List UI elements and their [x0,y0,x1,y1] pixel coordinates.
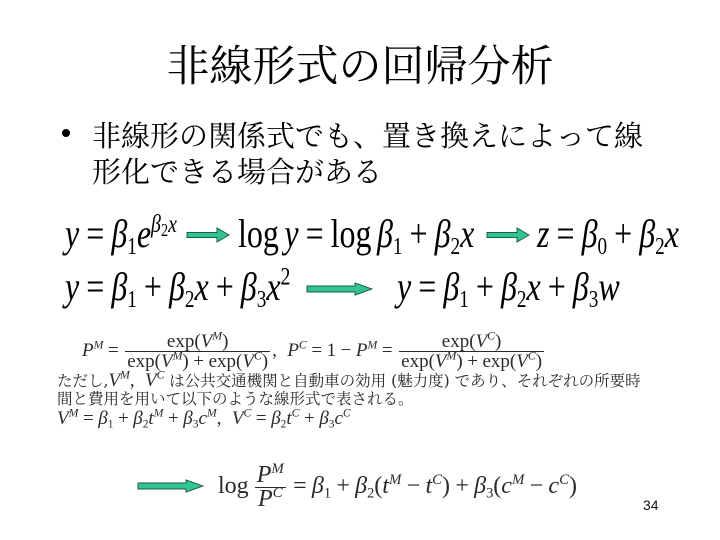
math-subscript: 1 [108,418,114,430]
math-superscript: M [368,339,378,352]
logit-note-line-1: ただし,VM,VCは公共交通機関と自動車の効用 (魅力度) であり、それぞれの所… [57,371,641,391]
math-subscript: 1 [324,485,331,501]
math-superscript: M [173,350,183,363]
math-operator: − [530,473,544,499]
math-variable: β [319,408,328,429]
fraction: PMPC [255,464,286,511]
math-function: log [218,473,249,499]
arrow-shape [487,228,529,242]
math-operator: = [293,473,307,499]
bullet-dot-icon [62,129,70,137]
math-variable: x [526,264,540,309]
math-operator: = [86,211,104,256]
math-comma: , [217,408,222,429]
math-operator: + [476,264,494,309]
math-variable: V [476,331,488,352]
math-superscript: C [254,350,262,363]
math-variable: V [242,351,254,372]
math-paren: ) [222,331,228,352]
math-variable: x [168,210,177,238]
math-paren: ) [456,351,462,372]
math-variable: P [258,486,273,512]
math-operator: = [382,340,393,361]
math-variable: β [377,211,393,256]
math-variable: x [460,211,474,256]
math-exponent: 2 [281,263,291,291]
math-superscript: C [528,350,536,363]
math-function: exp( [482,351,516,372]
fraction-denominator: exp(VM)+exp(VC) [125,351,270,371]
math-variable: β [435,211,451,256]
math-superscript: C [157,369,165,382]
math-variable: β [501,264,517,309]
math-variable: β [312,473,324,499]
math-superscript: C [244,407,252,420]
math-variable: β [98,408,107,429]
math-operator: + [216,264,234,309]
math-variable: P [82,340,94,361]
math-paren: ) [442,473,450,499]
fraction-numerator: exp(VM) [125,332,270,351]
note-text: ただし, [57,372,108,390]
logit-probability-formula: PM=exp(VM)exp(VM)+exp(VC),PC=1−PM=exp(VC… [82,332,546,371]
math-superscript: M [94,339,104,352]
note-text: は公共交通機関と自動車の効用 (魅力度) であり、それぞれの所要時 [169,372,640,390]
math-variable: P [287,340,299,361]
math-subscript: 3 [589,287,599,313]
math-paren: ) [495,331,501,352]
math-function: exp( [401,351,435,372]
math-operator: + [467,351,478,372]
slide: 非線形式の回帰分析 非線形の関係式でも、置き換えによって線 形化できる場合がある… [0,0,720,540]
math-function: log [331,211,372,256]
math-operator: + [455,473,469,499]
math-subscript: 3 [257,287,267,313]
math-superscript: M [512,472,524,488]
math-function: log [238,211,279,256]
math-variable: V [232,408,244,429]
math-variable: c [198,408,206,429]
math-subscript: 1 [127,234,137,260]
math-superscript: M [120,369,130,382]
math-variable: y [284,211,298,256]
math-subscript: 1 [127,287,137,313]
math-superscript: M [212,330,222,343]
math-paren: ) [262,351,268,372]
math-variable: y [397,264,411,309]
math-variable: β [443,264,459,309]
math-subscript: 1 [459,287,469,313]
bullet-text-line-2: 形化できる場合がある [92,154,382,190]
logit-note-line-2: 間と費用を用いて以下のような線形式で表される。 [57,389,414,409]
fraction: exp(VC)exp(VM)+exp(VC) [399,332,544,371]
math-variable: x [194,264,208,309]
math-variable: z [537,211,549,256]
math-variable: e [137,211,151,256]
math-superscript: C [432,472,442,488]
page-number: 34 [643,497,659,513]
math-variable: x [665,211,679,256]
math-variable: c [334,408,342,429]
math-variable: β [582,211,598,256]
math-operator: = [86,264,104,309]
math-operator: = [83,408,94,429]
math-paren: ) [182,351,188,372]
math-operator: + [118,408,129,429]
fraction: exp(VM)exp(VM)+exp(VC) [125,332,270,371]
math-superscript: M [207,407,217,420]
right-arrow-icon [306,282,373,296]
log-odds-formula: logPMPC=β1+β2(tM−tC)+β3(cM−cC) [218,464,577,511]
math-variable: β [355,473,367,499]
math-superscript: C [292,407,300,420]
arrow-shape [187,228,229,242]
fraction-denominator: PC [255,487,286,511]
math-variable: V [516,351,528,372]
math-variable: β [111,264,127,309]
math-variable: V [108,370,120,391]
math-subscript: 2 [161,221,168,241]
equation-quadratic-substituted: y=β1+β2x+β3w [397,261,620,311]
math-operator: − [407,473,421,499]
math-variable: β [151,210,161,238]
math-variable: V [57,408,69,429]
math-operator: = [108,340,119,361]
math-subscript: 1 [393,234,403,260]
math-operator: = [418,264,436,309]
math-variable: t [382,473,389,499]
math-variable: β [639,211,655,256]
equation-log-form: logy=logβ1+β2x [238,208,474,258]
math-variable: β [573,264,589,309]
math-operator: + [614,211,632,256]
math-variable: P [257,462,272,488]
math-operator: = [556,211,574,256]
math-variable: β [271,408,280,429]
math-comma: , [272,340,277,361]
math-number: 1 [327,340,337,361]
math-variable: c [501,473,512,499]
math-superscript: M [271,461,283,477]
math-variable: β [111,211,127,256]
equation-linearized: z=β0+β2x [537,208,679,258]
math-superscript: C [487,330,495,343]
slide-title: 非線形式の回帰分析 [0,40,720,94]
right-arrow-icon [486,227,530,243]
math-variable: x [266,264,280,309]
math-superscript: C [559,472,569,488]
fraction-numerator: exp(VC) [399,332,544,351]
fraction-numerator: PM [255,464,286,487]
math-paren: ) [569,473,577,499]
right-arrow-icon [186,227,230,243]
math-variable: V [145,370,157,391]
math-superscript: M [154,407,164,420]
math-variable: c [548,473,559,499]
math-variable: β [183,408,192,429]
math-superscript: C [343,407,351,420]
math-variable: P [356,340,368,361]
math-operator: = [311,340,322,361]
math-superscript: C [273,485,283,501]
equation-quadratic: y=β1+β2x+β3x2 [65,261,290,311]
bullet-text-line-1: 非線形の関係式でも、置き換えによって線 [92,118,643,154]
math-variable: V [435,351,447,372]
math-operator: + [304,408,315,429]
math-exponent: β2x [151,210,177,238]
math-superscript: M [69,407,79,420]
math-comma: , [130,370,135,391]
math-operator: + [144,264,162,309]
math-subscript: 0 [598,234,608,260]
arrow-shape [138,480,203,492]
math-variable: β [241,264,257,309]
math-variable: β [474,473,486,499]
math-variable: y [65,264,79,309]
math-operator: + [336,473,350,499]
math-superscript: C [299,339,307,352]
math-operator: + [168,408,179,429]
math-superscript: M [447,350,457,363]
math-operator: = [306,211,324,256]
math-operator: − [341,340,352,361]
math-variable: β [133,408,142,429]
math-variable: w [598,264,619,309]
math-variable: β [169,264,185,309]
math-operator: + [548,264,566,309]
note-text: 間と費用を用いて以下のような線形式で表される。 [57,390,414,408]
math-operator: + [410,211,428,256]
math-subscript: 2 [451,234,461,260]
math-variable: y [65,211,79,256]
math-operator: + [193,351,204,372]
right-arrow-icon [137,479,204,493]
logit-utility-formula: VM=β1+β2tM+β3cM,VC=β2tC+β3cC [57,408,351,430]
math-operator: = [256,408,267,429]
arrow-shape [307,283,372,295]
math-function: exp( [209,351,243,372]
equation-exponential: y=β1eβ2x [65,208,177,258]
math-subscript: 2 [655,234,665,260]
math-variable: V [201,331,213,352]
math-paren: ) [536,351,542,372]
math-superscript: M [389,472,401,488]
fraction-denominator: exp(VM)+exp(VC) [399,351,544,371]
